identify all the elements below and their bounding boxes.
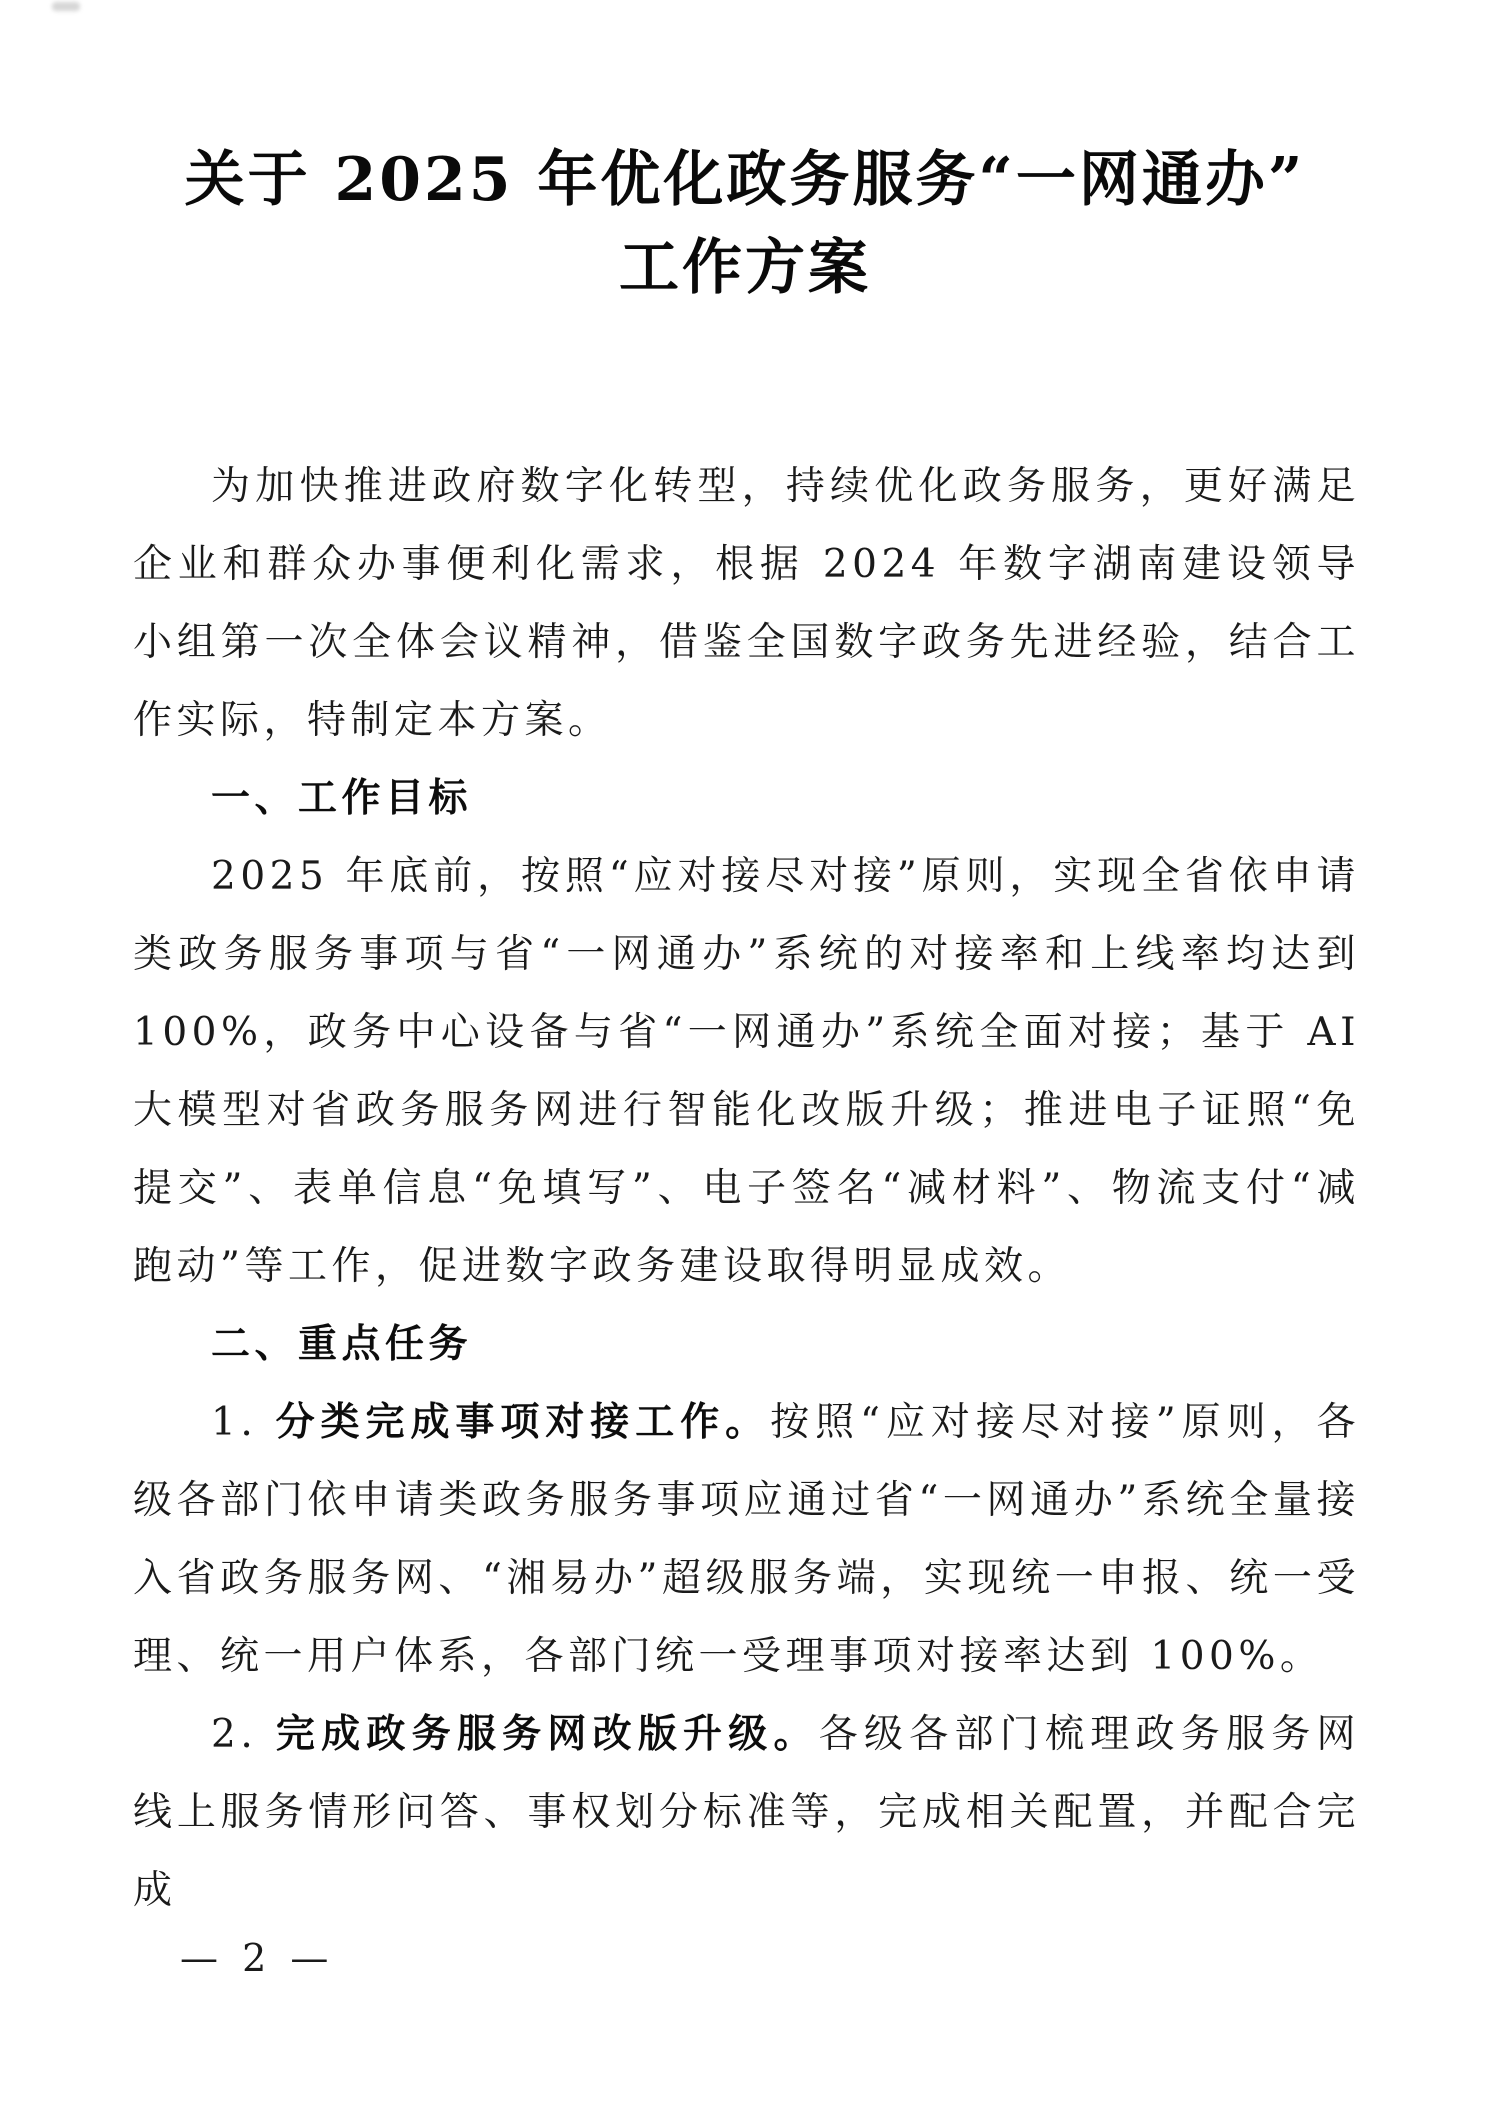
paragraph-task-1: 1. 分类完成事项对接工作。按照“应对接尽对接”原则，各级各部门依申请类政务服务…: [133, 1384, 1360, 1696]
document-title-line2: 工作方案: [130, 224, 1360, 312]
document-title-line1: 关于 2025 年优化政务服务“一网通办”: [130, 136, 1360, 224]
task-2-lead: 完成政务服务网改版升级。: [276, 1712, 819, 1757]
document-title: 关于 2025 年优化政务服务“一网通办” 工作方案: [130, 136, 1360, 312]
scanned-document-page: 关于 2025 年优化政务服务“一网通办” 工作方案 为加快推进政府数字化转型，…: [0, 0, 1487, 2111]
document-body: 为加快推进政府数字化转型，持续优化政务服务，更好满足企业和群众办事便利化需求，根…: [133, 448, 1360, 1930]
paragraph-task-2: 2. 完成政务服务网改版升级。各级各部门梳理政务服务网线上服务情形问答、事权划分…: [133, 1696, 1360, 1930]
task-2-number: 2.: [211, 1712, 276, 1757]
task-1-number: 1.: [211, 1400, 276, 1445]
scan-artifact: [52, 2, 80, 11]
task-1-lead: 分类完成事项对接工作。: [276, 1400, 771, 1445]
paragraph-intro: 为加快推进政府数字化转型，持续优化政务服务，更好满足企业和群众办事便利化需求，根…: [133, 448, 1360, 760]
page-number: — 2 —: [180, 1936, 334, 1980]
section-heading-work-goals: 一、工作目标: [133, 760, 1360, 838]
paragraph-work-goals: 2025 年底前，按照“应对接尽对接”原则，实现全省依申请类政务服务事项与省“一…: [133, 838, 1360, 1306]
section-heading-key-tasks: 二、重点任务: [133, 1306, 1360, 1384]
